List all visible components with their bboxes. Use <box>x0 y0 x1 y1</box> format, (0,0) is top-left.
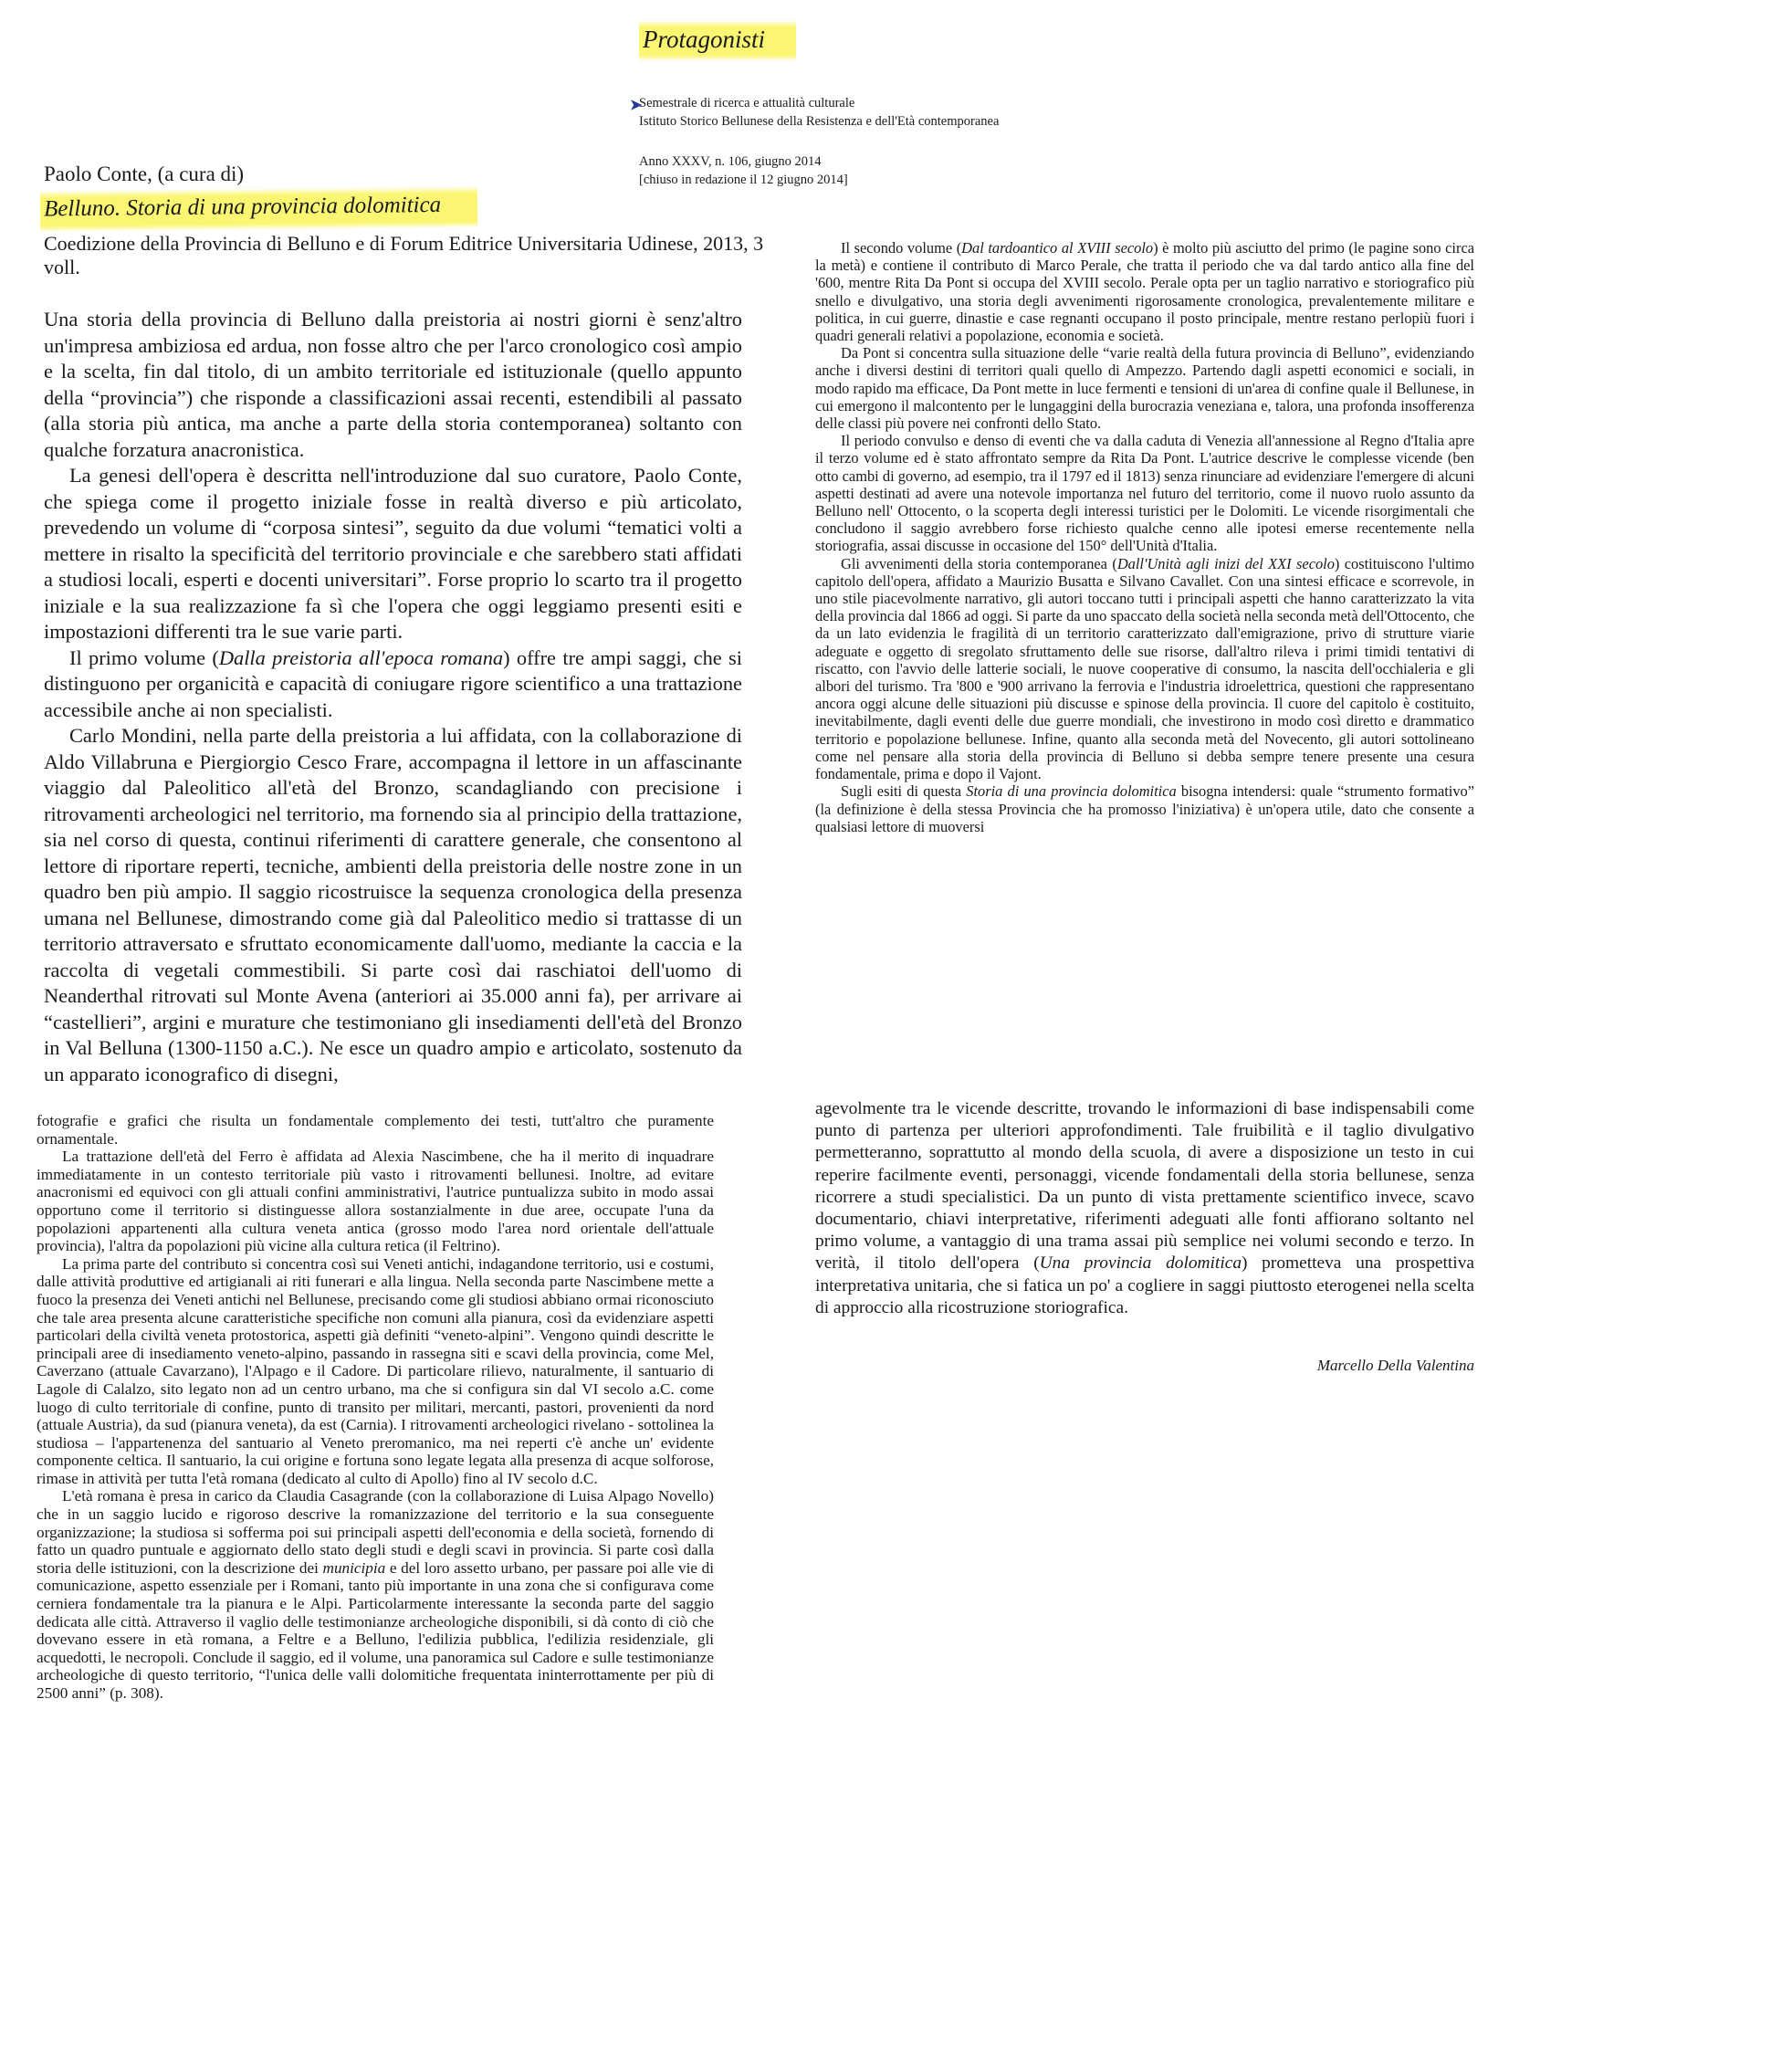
latin-term: municipia <box>323 1559 386 1577</box>
paragraph: Il primo volume (Dalla preistoria all'ep… <box>44 645 742 724</box>
paragraph: Il secondo volume (Dal tardoantico al XV… <box>815 239 1474 344</box>
paragraph: Sugli esiti di questa Storia di una prov… <box>815 782 1474 835</box>
book-editor: Paolo Conte, (a cura di) <box>44 161 774 188</box>
paragraph: agevolmente tra le vicende descritte, tr… <box>815 1098 1474 1319</box>
work-title: Storia di una provincia dolomitica <box>966 782 1176 800</box>
book-publisher: Coedizione della Provincia di Belluno e … <box>44 232 774 279</box>
paragraph: Da Pont si concentra sulla situazione de… <box>815 344 1474 432</box>
book-title: Belluno. Storia di una provincia dolomit… <box>40 185 478 232</box>
left-column-lower: fotografie e grafici che risulta un fond… <box>37 1112 714 1703</box>
paragraph: fotografie e grafici che risulta un fond… <box>37 1112 714 1148</box>
right-column-upper: Il secondo volume (Dal tardoantico al XV… <box>815 239 1474 835</box>
paragraph: Il periodo convulso e denso di eventi ch… <box>815 432 1474 554</box>
paragraph: L'età romana è presa in carico da Claudi… <box>37 1487 714 1702</box>
paragraph: Una storia della provincia di Belluno da… <box>44 307 742 463</box>
volume-title: Dall'Unità agli inizi del XXI secolo <box>1117 555 1335 572</box>
volume-title: Dal tardoantico al XVIII secolo <box>961 239 1153 257</box>
journal-subtitle: Semestrale di ricerca e attualità cultur… <box>639 94 999 112</box>
paragraph: La prima parte del contributo si concent… <box>37 1255 714 1488</box>
paragraph: La genesi dell'opera è descritta nell'in… <box>44 463 742 645</box>
paragraph: Gli avvenimenti della storia contemporan… <box>815 555 1474 783</box>
arrow-icon: ➤ <box>630 97 642 115</box>
section-title: Protagonisti <box>639 20 796 61</box>
book-reference: Paolo Conte, (a cura di) Belluno. Storia… <box>44 161 774 279</box>
paragraph: Carlo Mondini, nella parte della preisto… <box>44 723 742 1087</box>
journal-publisher: Istituto Storico Bellunese della Resiste… <box>639 112 999 131</box>
work-title: Una provincia dolomitica <box>1040 1253 1242 1273</box>
volume-title: Dalla preistoria all'epoca romana <box>219 646 503 669</box>
left-column-upper: Una storia della provincia di Belluno da… <box>44 307 742 1087</box>
paragraph: La trattazione dell'età del Ferro è affi… <box>37 1148 714 1255</box>
right-column-lower: agevolmente tra le vicende descritte, tr… <box>815 1098 1474 1319</box>
journal-info: ➤ Semestrale di ricerca e attualità cult… <box>639 94 999 131</box>
author-signature: Marcello Della Valentina <box>1317 1357 1474 1375</box>
